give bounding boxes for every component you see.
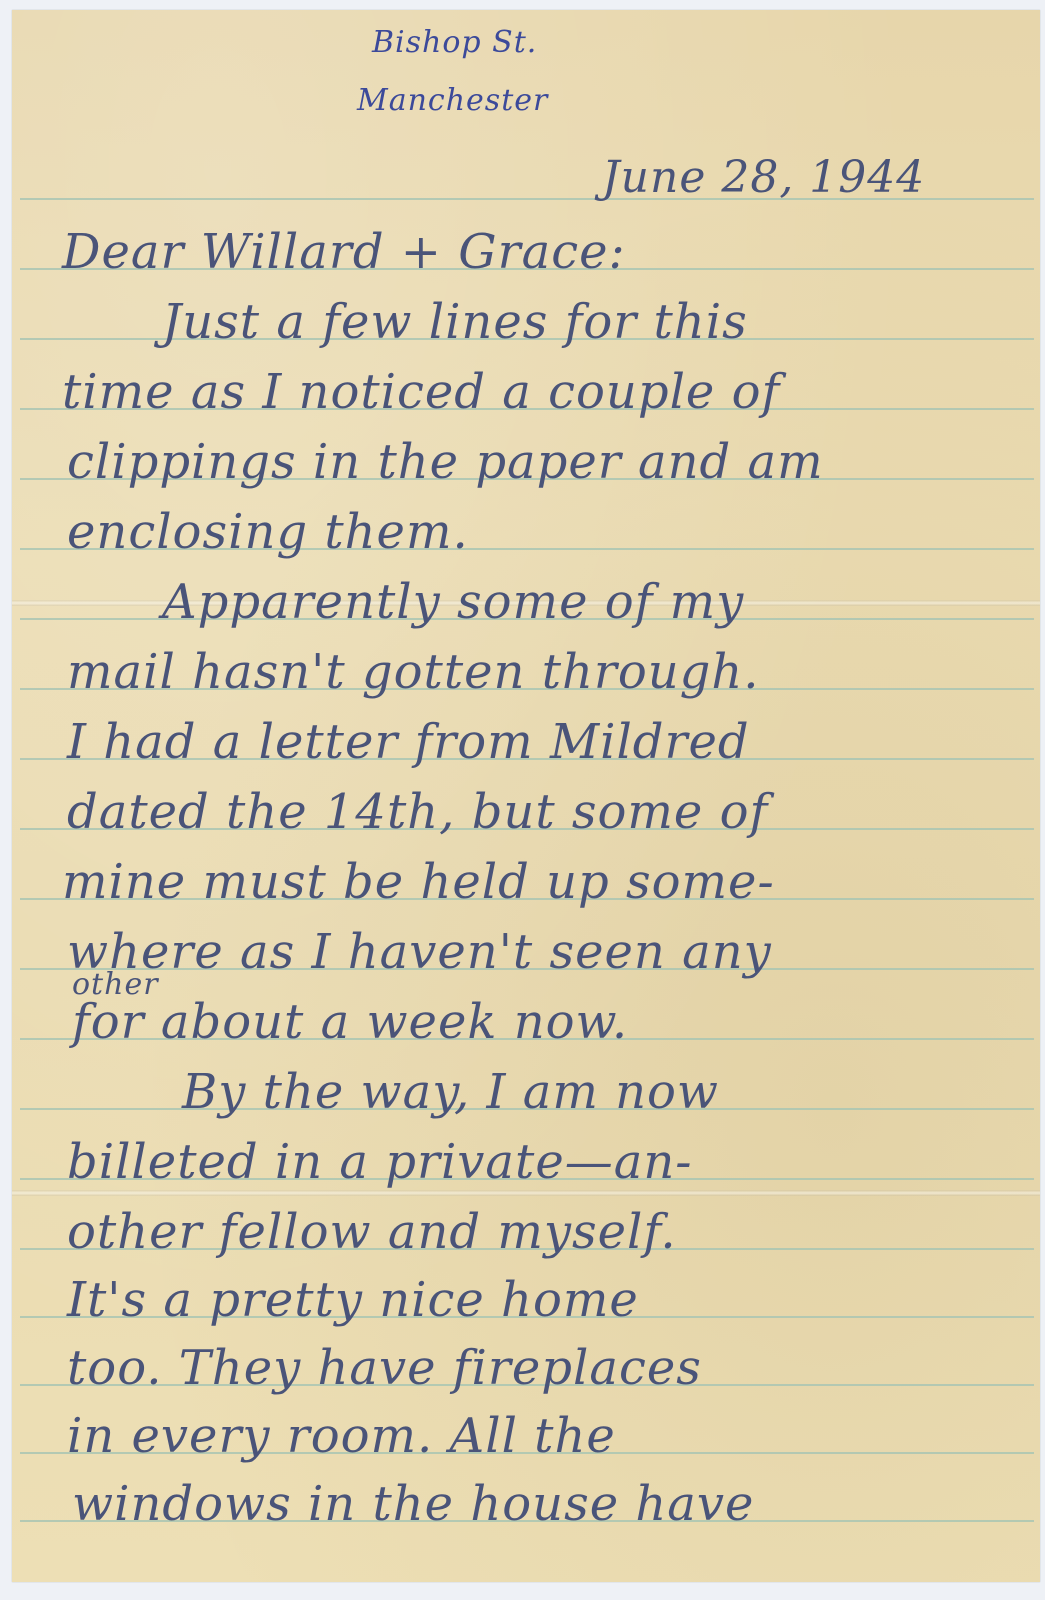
body-line: windows in the house have xyxy=(72,1480,754,1528)
address-city: Manchester xyxy=(357,86,548,116)
fold-crease xyxy=(12,1190,1040,1196)
body-line: By the way, I am now xyxy=(182,1068,719,1116)
body-line: billeted in a private—an- xyxy=(67,1138,692,1186)
body-line: mine must be held up some- xyxy=(62,858,775,906)
body-line: Just a few lines for this xyxy=(162,298,748,346)
body-line: too. They have fireplaces xyxy=(67,1344,702,1392)
letter-date: June 28, 1944 xyxy=(602,156,925,200)
body-line: It's a pretty nice home xyxy=(67,1276,639,1324)
address-street: Bishop St. xyxy=(372,28,537,58)
body-line: time as I noticed a couple of xyxy=(62,368,780,416)
letter-page: Bishop St. Manchester June 28, 1944 Dear… xyxy=(12,10,1040,1582)
body-line: dated the 14th, but some of xyxy=(67,788,768,836)
body-line: for about a week now. xyxy=(72,998,628,1046)
body-line: mail hasn't gotten through. xyxy=(67,648,760,696)
body-line: where as I haven't seen any xyxy=(67,928,772,976)
body-line: enclosing them. xyxy=(67,508,469,556)
body-line: in every room. All the xyxy=(67,1412,616,1460)
body-line: other fellow and myself. xyxy=(67,1208,677,1256)
body-line: I had a letter from Mildred xyxy=(67,718,750,766)
body-line: clippings in the paper and am xyxy=(67,438,824,486)
salutation: Dear Willard + Grace: xyxy=(62,228,626,276)
body-line: Apparently some of my xyxy=(162,578,744,626)
